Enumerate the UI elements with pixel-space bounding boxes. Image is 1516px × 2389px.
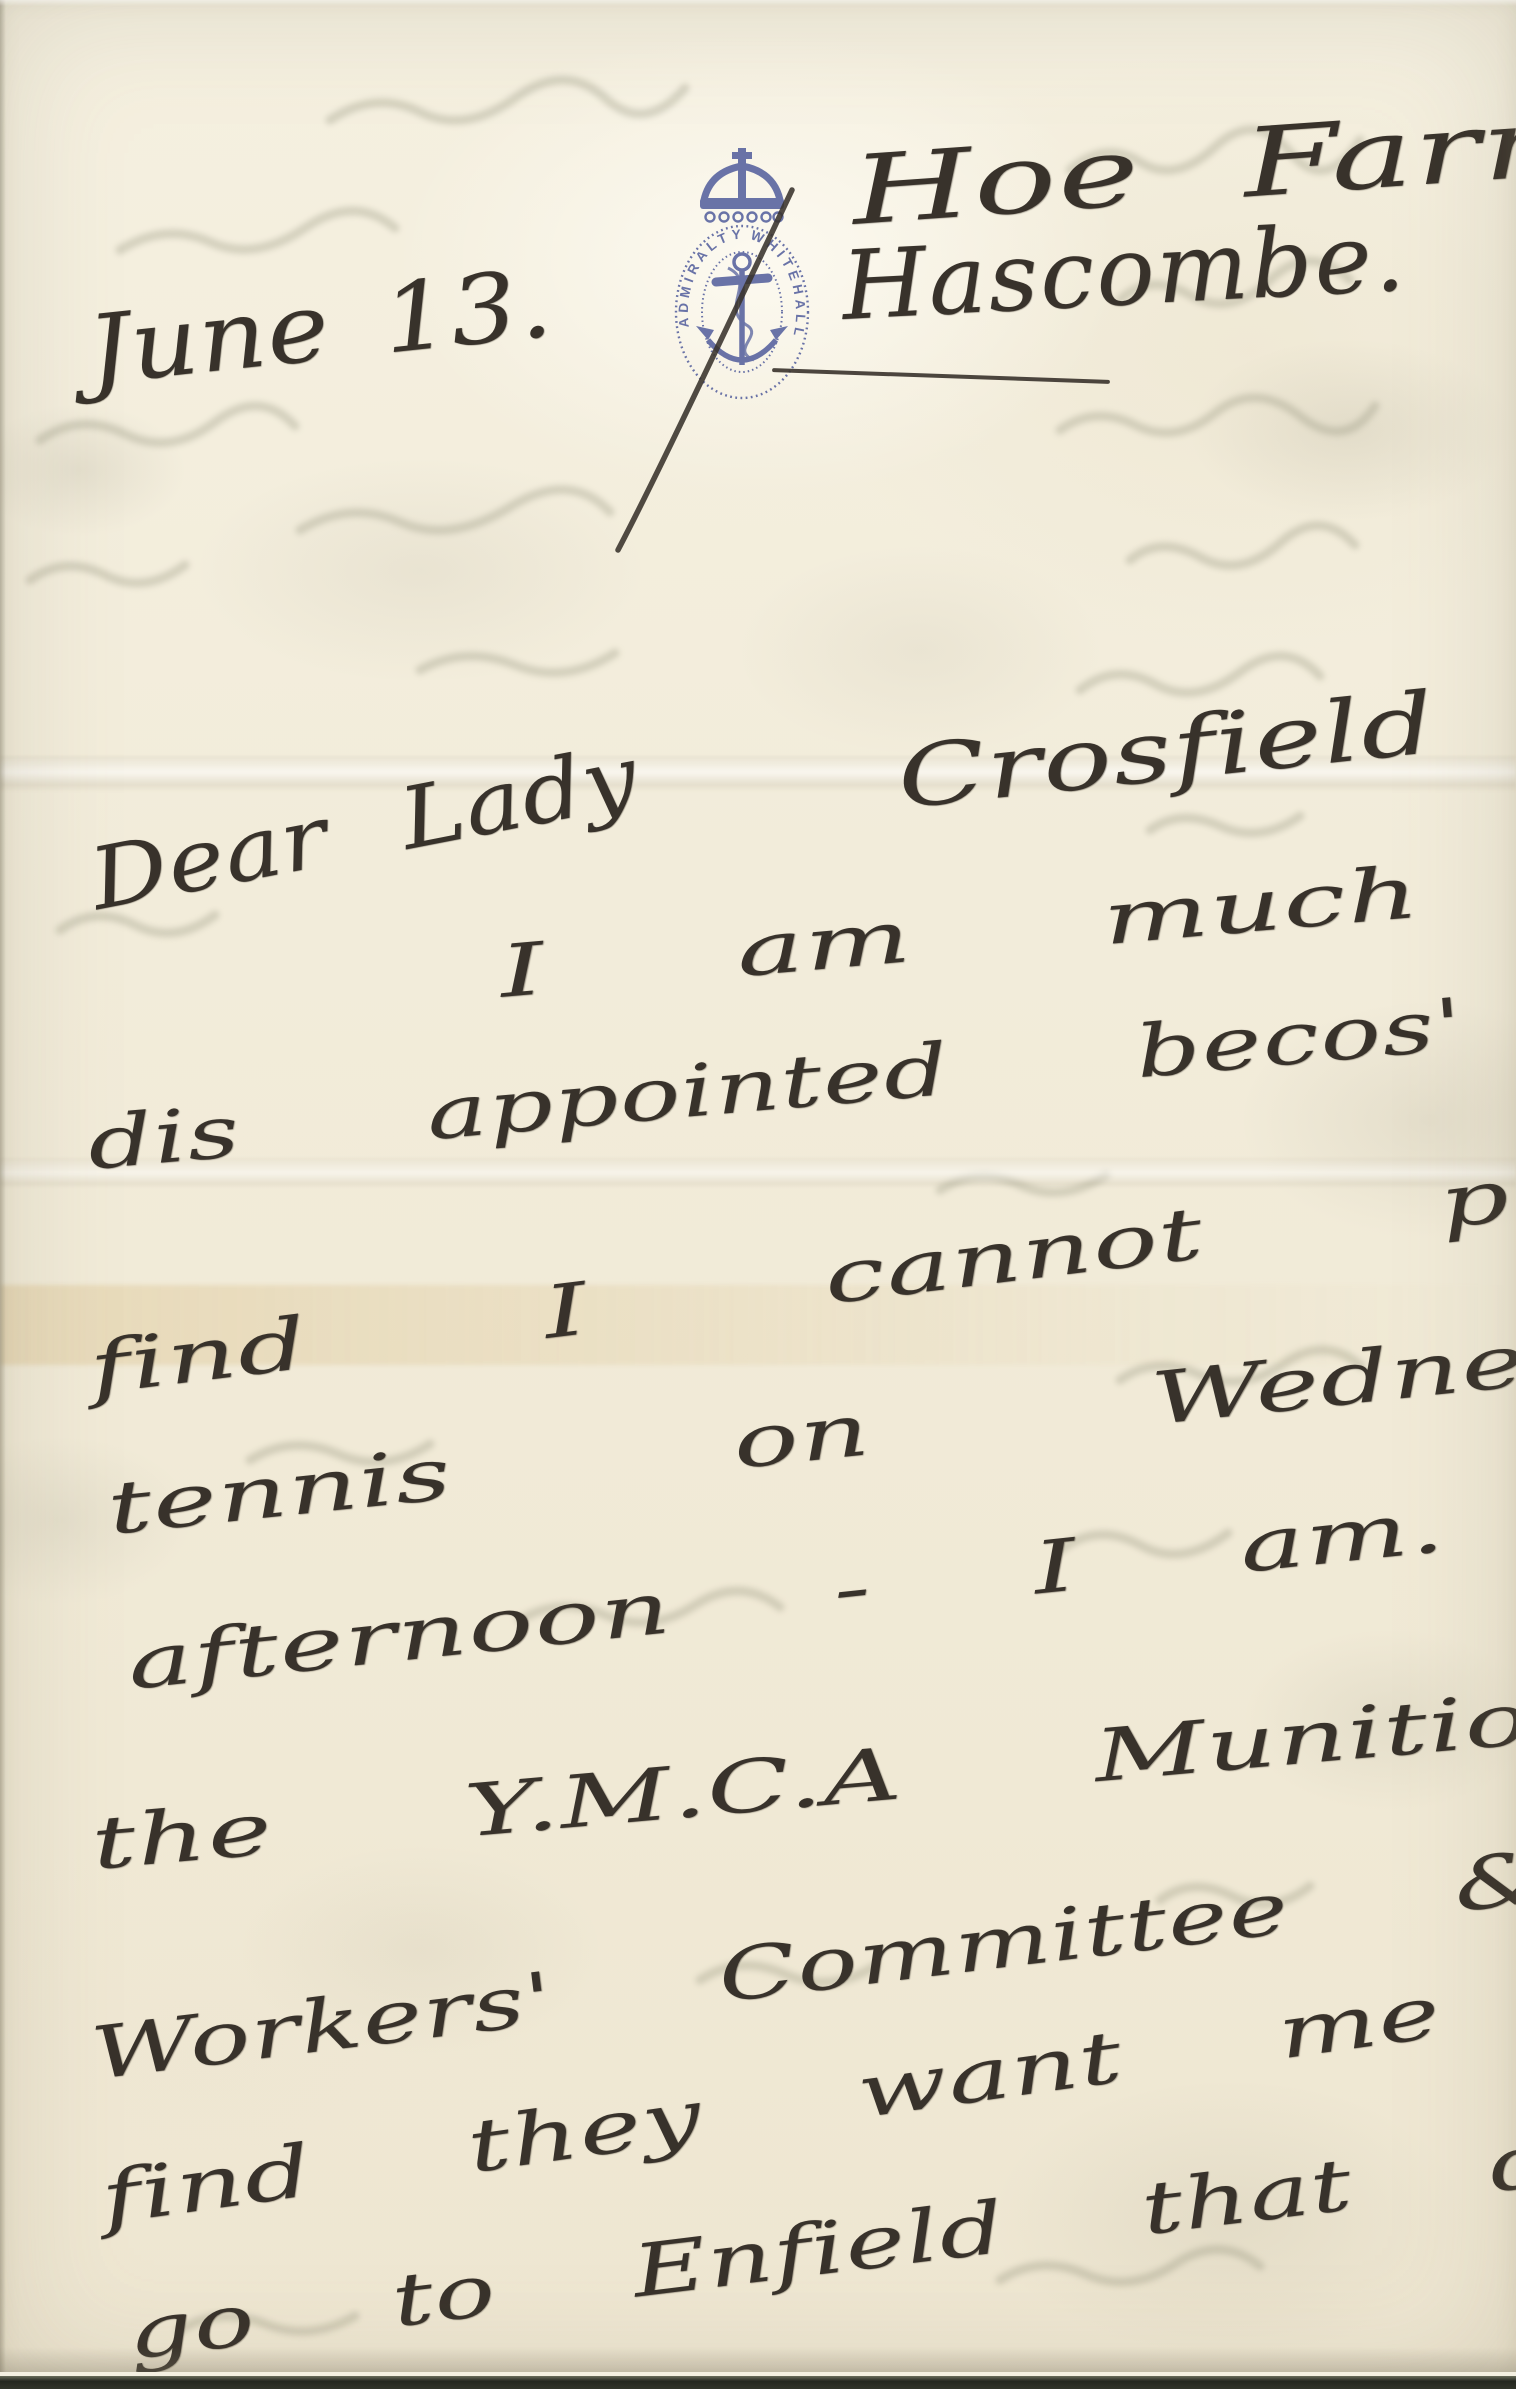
admiralty-crest: ADMIRALTY WHITEHALL [612, 140, 872, 430]
body-line-1: I am much [497, 853, 1424, 1012]
scan-left-edge [0, 0, 6, 2389]
scan-top-edge [0, 0, 1516, 6]
body-line-2: dis appointed becos' I [85, 965, 1516, 1184]
recipient-name: Crosfield [893, 677, 1440, 826]
handwritten-letter-scan: ADMIRALTY WHITEHALL June 13. Hoe Farm Ha… [0, 0, 1516, 2389]
crown-icon [700, 148, 784, 222]
scan-bottom-edge [0, 2376, 1516, 2389]
salutation-line: Dear Lady [83, 730, 645, 928]
date-line: June 13. [83, 252, 558, 405]
body-line-6: the Y.M.C.A Munition [89, 1673, 1516, 1884]
page-bottom-edge-highlight [0, 2372, 1516, 2377]
